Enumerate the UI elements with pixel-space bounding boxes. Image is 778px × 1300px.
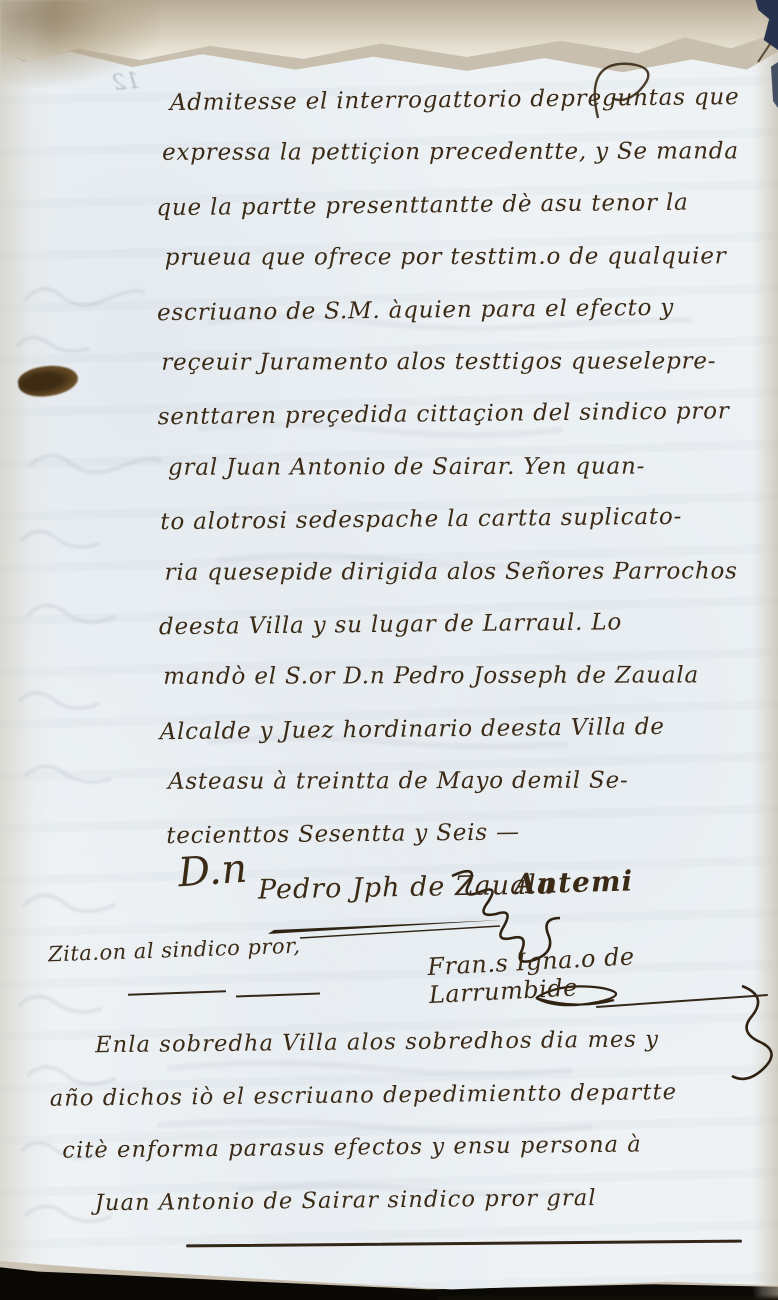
decree-line: tecienttos Sesentta y Seis — <box>160 804 771 863</box>
decree-line: mandò el S.or D.n Pedro Josseph de Zaual… <box>159 649 769 703</box>
decree-line: Admitesse el interrogattorio depreguntas… <box>156 71 767 130</box>
decree-line: gral Juan Antonio de Sairar. Yen quan- <box>158 440 768 494</box>
diligence-line: Enla sobredha Villa alos sobredhos dia m… <box>49 1012 760 1072</box>
signature-pedro-zavala: Pedro Jph de Zauala <box>258 869 554 905</box>
decree-line: Alcalde y Juez hordinario deesta Villa d… <box>159 699 770 758</box>
decree-line: deesta Villa y su lugar de Larraul. Lo <box>159 595 770 654</box>
page-bottom-edge <box>438 1294 778 1300</box>
decree-line: que la partte presenttantte dè asu tenor… <box>156 176 767 235</box>
signature-don-abbrev: D.n <box>176 846 248 897</box>
decree-line: Asteasu à treintta de Mayo demil Se- <box>160 754 770 808</box>
diligence-line: Juan Antonio de Sairar sindico pror gral <box>51 1170 762 1230</box>
decree-line: expressa la pettiçion precedentte, y Se … <box>156 126 766 180</box>
manuscript-scan: 12 Admitesse el interrogattorio depregun… <box>0 0 778 1300</box>
decree-paragraph: Admitesse el interrogattorio depreguntas… <box>156 72 771 862</box>
diligence-paragraph: Enla sobredha Villa alos sobredhos dia m… <box>49 1012 761 1229</box>
decree-line: prueua que ofrece por testtim.o de qualq… <box>157 230 767 284</box>
decree-line: ria quesepide dirigida alos Señores Parr… <box>159 545 769 599</box>
decree-line: to alotrosi sedespache la cartta suplica… <box>158 490 769 549</box>
decree-line: senttaren preçedida cittaçion del sindic… <box>157 385 768 444</box>
decree-line: escriuano de S.M. àquien para el efecto … <box>157 280 768 339</box>
decree-line: reçeuir Juramento alos testtigos quesele… <box>157 335 767 389</box>
signature-antemi: Antemi <box>514 864 634 900</box>
binding-left-edge <box>0 0 54 1300</box>
diligence-line: año dichos iò el escriuano depedimientto… <box>49 1065 760 1125</box>
ghost-folio-number: 12 <box>111 69 141 97</box>
diligence-line: citè enforma parasus efectos y ensu pers… <box>50 1117 761 1177</box>
